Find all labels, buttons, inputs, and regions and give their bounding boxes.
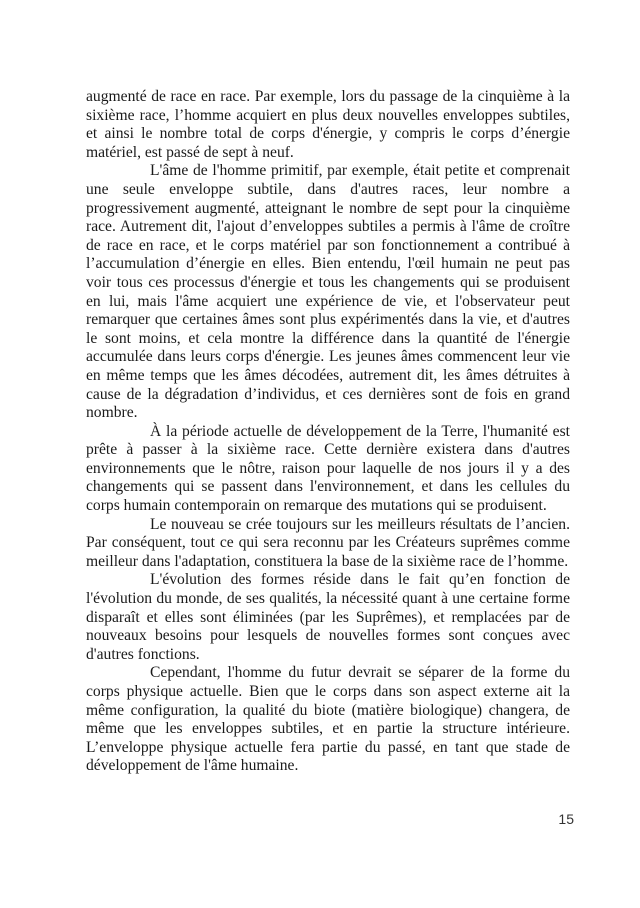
paragraph-5: L'évolution des formes réside dans le fa… xyxy=(86,571,570,664)
paragraph-2: L'âme de l'homme primitif, par exemple, … xyxy=(86,162,570,422)
page-number: 15 xyxy=(550,811,574,827)
body-text: augmenté de race en race. Par exemple, l… xyxy=(86,88,570,776)
paragraph-4: Le nouveau se crée toujours sur les meil… xyxy=(86,516,570,572)
paragraph-6: Cependant, l'homme du futur devrait se s… xyxy=(86,664,570,776)
document-page: augmenté de race en race. Par exemple, l… xyxy=(0,0,640,908)
paragraph-1: augmenté de race en race. Par exemple, l… xyxy=(86,88,570,162)
paragraph-3: À la période actuelle de développement d… xyxy=(86,423,570,516)
